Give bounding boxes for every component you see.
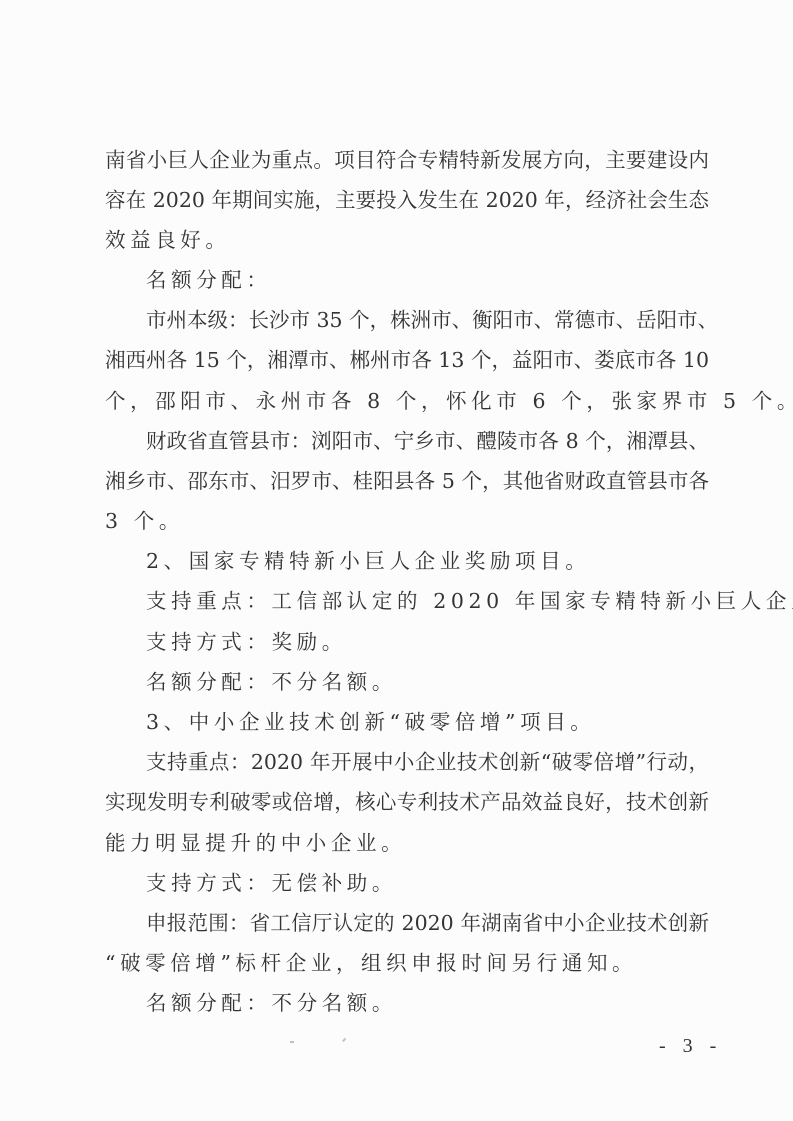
- section-heading: 2、国家专精特新小巨人企业奖励项目。: [146, 546, 709, 576]
- paragraph-line: 湘乡市、邵东市、汨罗市、桂阳县各 5 个，其他省财政直管县市各: [105, 466, 709, 496]
- section-heading: 3、中小企业技术创新“破零倍增”项目。: [146, 707, 709, 737]
- paragraph-line: 申报范围：省工信厅认定的 2020 年湖南省中小企业技术创新: [146, 908, 709, 938]
- section-label: 名额分配：: [146, 265, 709, 295]
- paragraph-line: 3 个。: [105, 506, 709, 536]
- paragraph-line: 名额分配：不分名额。: [146, 667, 709, 697]
- paragraph-line: 实现发明专利破零或倍增，核心专利技术产品效益良好，技术创新: [105, 787, 709, 817]
- paragraph-line: 支持重点：工信部认定的 2020 年国家专精特新小巨人企业。: [146, 586, 709, 616]
- scan-mark: [290, 1041, 294, 1043]
- paragraph-line: “破零倍增”标杆企业，组织申报时间另行通知。: [105, 948, 709, 978]
- paragraph-line: 容在 2020 年期间实施，主要投入发生在 2020 年，经济社会生态: [105, 185, 709, 215]
- paragraph-line: 支持方式：无偿补助。: [146, 868, 709, 898]
- paragraph-line: 财政省直管县市：浏阳市、宁乡市、醴陵市各 8 个，湘潭县、: [146, 426, 709, 456]
- paragraph-line: 市州本级：长沙市 35 个，株洲市、衡阳市、常德市、岳阳市、: [146, 305, 709, 335]
- scan-mark: [342, 1038, 346, 1042]
- paragraph-line: 南省小巨人企业为重点。项目符合专精特新发展方向，主要建设内: [105, 145, 709, 175]
- paragraph-line: 能力明显提升的中小企业。: [105, 828, 709, 858]
- paragraph-line: 个，邵阳市、永州市各 8 个，怀化市 6 个，张家界市 5 个。: [105, 386, 709, 416]
- document-page: 南省小巨人企业为重点。项目符合专精特新发展方向，主要建设内 容在 2020 年期…: [0, 0, 793, 1121]
- page-number: - 3 -: [659, 1034, 722, 1058]
- paragraph-line: 名额分配：不分名额。: [146, 988, 709, 1018]
- paragraph-line: 支持重点：2020 年开展中小企业技术创新“破零倍增”行动，: [146, 747, 709, 777]
- paragraph-line: 湘西州各 15 个，湘潭市、郴州市各 13 个，益阳市、娄底市各 10: [105, 345, 709, 375]
- paragraph-line: 支持方式：奖励。: [146, 627, 709, 657]
- paragraph-line: 效益良好。: [105, 225, 709, 255]
